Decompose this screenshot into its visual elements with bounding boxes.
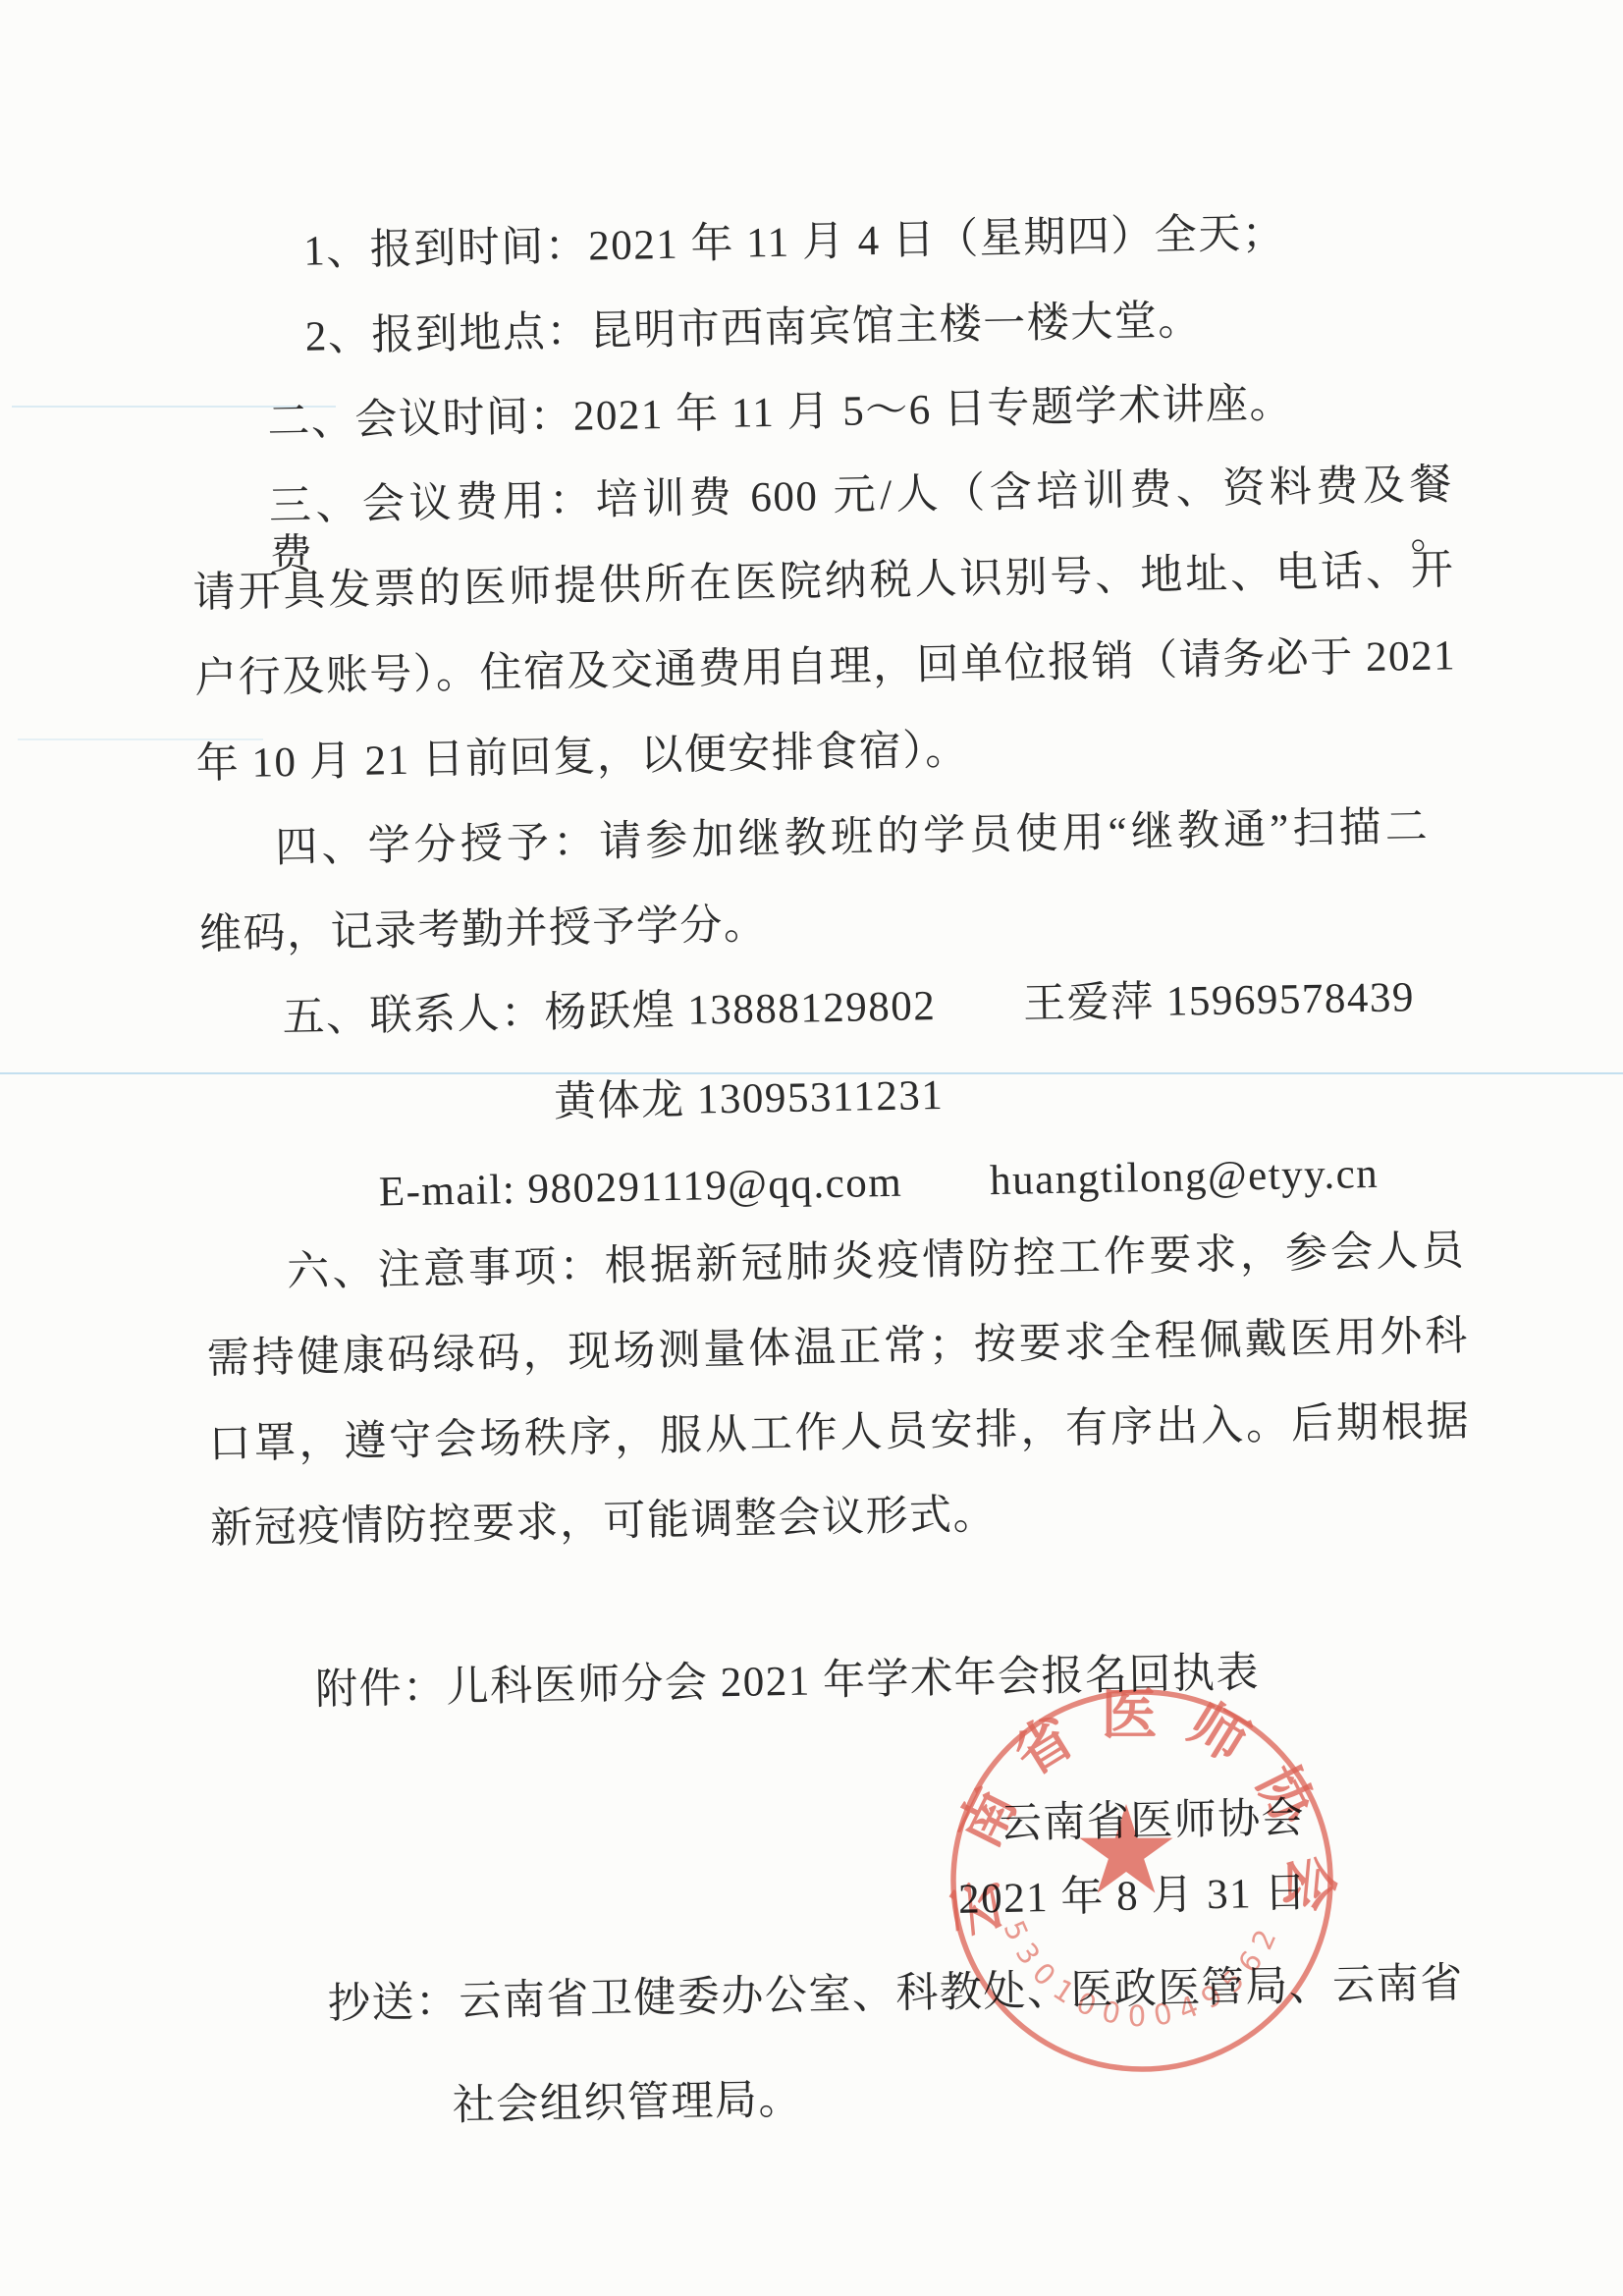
scanned-document-page: 1、报到时间：2021 年 11 月 4 日（星期四）全天； 2、报到地点：昆明… [0, 0, 1623, 2296]
body-line-notes-cont-1: 需持健康码绿码，现场测量体温正常；按要求全程佩戴医用外科 [206, 1312, 1469, 1384]
cc-line-1: 抄送：云南省卫健委办公室、科教处、医政医管局、云南省 [328, 1959, 1465, 2029]
body-line-email: E-mail: 980291119@qq.com huangtilong@ety… [378, 1150, 1379, 1218]
body-line-credits-cont: 维码，记录考勤并授予学分。 [199, 901, 768, 959]
body-line-notes-cont-3: 新冠疫情防控要求，可能调整会议形式。 [210, 1491, 998, 1555]
body-line-registration-time: 1、报到时间：2021 年 11 月 4 日（星期四）全天； [303, 209, 1286, 276]
attachment-line: 附件：儿科医师分会 2021 年学术年会报名回执表 [315, 1649, 1261, 1715]
body-line-contacts: 五、联系人：杨跃煌 13888129802 王爱萍 15969578439 [282, 973, 1415, 1043]
body-line-notes-cont-2: 口罩，遵守会场秩序，服从工作人员安排，有序出入。后期根据 [208, 1397, 1471, 1469]
body-line-contact-2: 黄体龙 13095311231 [554, 1071, 945, 1127]
body-line-meeting-time: 二、会议时间：2021 年 11 月 5～6 日专题学术讲座。 [267, 379, 1293, 447]
cc-line-2: 社会组织管理局。 [452, 2076, 802, 2131]
signature-date: 2021 年 8 月 31 日 [958, 1869, 1309, 1924]
body-line-fee-cont-3: 年 10 月 21 日前回复，以便安排食宿）。 [195, 726, 969, 789]
signature-org: 云南省医师协会 [999, 1794, 1305, 1849]
body-line-fee-cont-2: 户行及账号）。住宿及交通费用自理，回单位报销（请务必于 2021 [194, 631, 1457, 703]
body-line-notes: 六、注意事项：根据新冠肺炎疫情防控工作要求，参会人员 [287, 1227, 1466, 1297]
body-line-registration-place: 2、报到地点：昆明市西南宾馆主楼一楼大堂。 [304, 297, 1202, 362]
body-line-credits: 四、学分授予：请参加继教班的学员使用“继教通”扫描二 [275, 803, 1430, 873]
document-text-layer: 1、报到时间：2021 年 11 月 4 日（星期四）全天； 2、报到地点：昆明… [0, 0, 1623, 2296]
